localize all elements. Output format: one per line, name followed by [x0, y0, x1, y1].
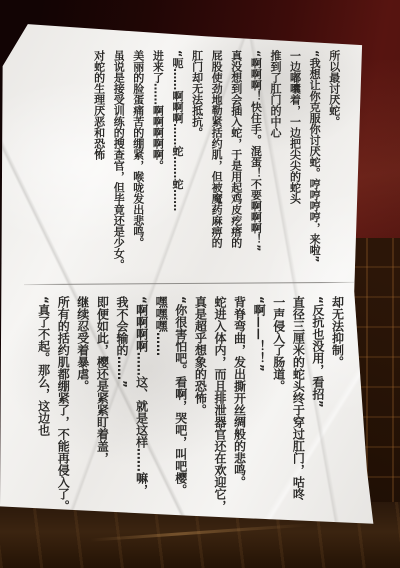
text-column: 我不会输的……” — [111, 296, 131, 548]
text-column: 嘿嘿嘿…… — [151, 296, 171, 548]
text-column: 所以最讨厌蛇。 — [324, 50, 344, 276]
text-column: 一声侵入了肠道。 — [268, 296, 288, 548]
divider-line — [24, 282, 354, 285]
text-column: 美丽的脸蛋痛苦的绷紧，喉咙发出悲鸣。 — [128, 50, 148, 276]
bottom-text-passage: 却无法抑制。“反抗也没用，看招”直径三厘米的蛇头终于穿过肛门，咕咚一声侵入了肠道… — [33, 296, 347, 548]
text-column: 真是超乎想象的恐怖。 — [190, 296, 210, 548]
text-column: 推到了肛门的中心 — [265, 50, 285, 276]
text-column: “反抗也没用，看招” — [307, 296, 327, 548]
text-column: 却无法抑制。 — [327, 296, 347, 548]
text-column: 背脊弯曲，发出撕开丝绸般的悲鸣。 — [229, 296, 249, 548]
paper-sheet: 所以最讨厌蛇。“我想让你克服你讨厌蛇。哼哼哼哼，来啦”一边嘟囔着，一边把尖尖的蛇… — [0, 20, 376, 532]
text-column: “我想让你克服你讨厌蛇。哼哼哼哼，来啦” — [305, 50, 325, 276]
text-column: 真没想到会插入蛇，于是用起鸡皮疙瘩的 — [226, 50, 246, 276]
text-column: 进来了……啊啊啊啊啊。 — [148, 50, 168, 276]
text-column: “啊啊啊！快住手。混蛋！不要啊啊啊！” — [246, 50, 266, 276]
text-column: 肛门却无法抵抗。 — [187, 50, 207, 276]
text-column: 直径三厘米的蛇头终于穿过肛门，咕咚 — [288, 296, 308, 548]
text-column: “啊啊啊啊……这、就是这样……嘛， — [131, 296, 151, 548]
text-column: 一边嘟囔着，一边把尖尖的蛇头 — [285, 50, 305, 276]
text-column: 屁股使劲地勒紧括约肌，但被魔药麻痹的 — [207, 50, 227, 276]
text-column: 即便如此，樱还是紧紧盯着盖， — [92, 296, 112, 548]
text-column: 虽说是接受训练的搜查官，但毕竟还是少女。 — [109, 50, 129, 276]
text-column: “你很害怕吧。看啊，哭吧，叫吧樱。 — [170, 296, 190, 548]
top-text-passage: 所以最讨厌蛇。“我想让你克服你讨厌蛇。哼哼哼哼，来啦”一边嘟囔着，一边把尖尖的蛇… — [89, 50, 344, 276]
text-column: 蛇进入体内，而且排泄器官还在欢迎它， — [209, 296, 229, 548]
photo-of-text-page: 所以最讨厌蛇。“我想让你克服你讨厌蛇。哼哼哼哼，来啦”一边嘟囔着，一边把尖尖的蛇… — [0, 0, 400, 568]
text-column: “呃……啊啊啊……蛇……蛇…… — [167, 50, 187, 276]
text-column: “啊——！！” — [249, 296, 269, 548]
text-column: 对蛇的生理厌恶和恐怖 — [89, 50, 109, 276]
